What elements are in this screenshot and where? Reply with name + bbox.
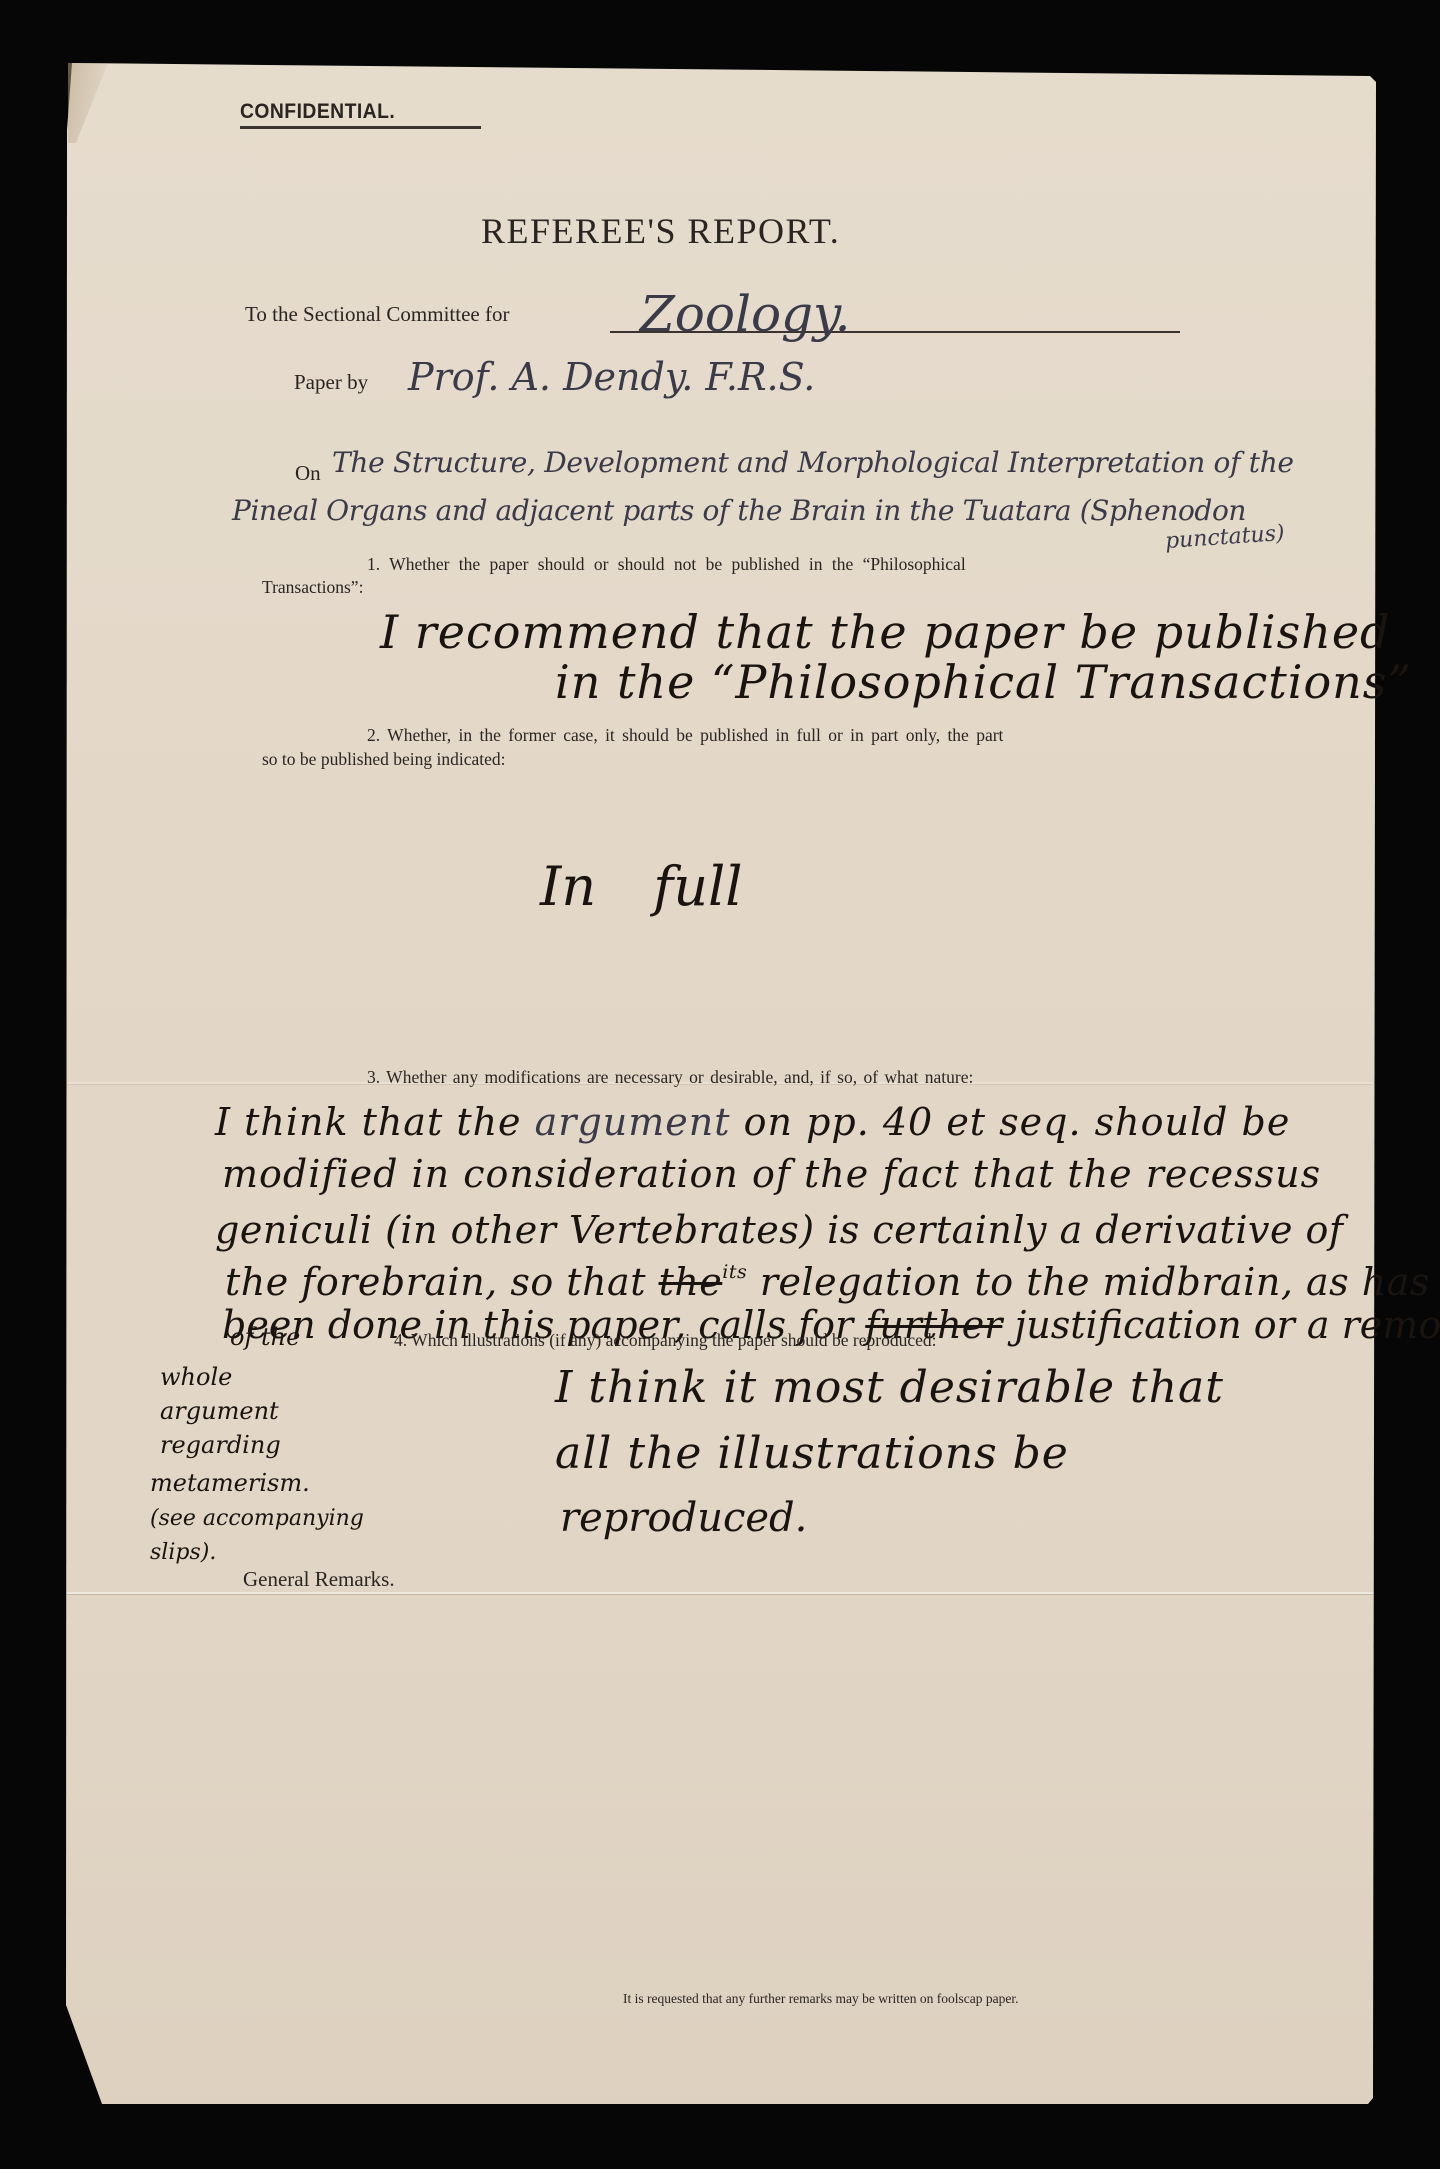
answer-3-line3[interactable]: geniculi (in other Vertebrates) is certa… <box>215 1208 1343 1252</box>
answer-3-line6[interactable]: of the <box>230 1323 300 1351</box>
margin-note-line[interactable]: whole <box>160 1363 232 1391</box>
question-1: 1. Whether the paper should or should no… <box>367 554 966 575</box>
paper-title-line2[interactable]: Pineal Organs and adjacent parts of the … <box>232 494 1246 527</box>
answer-1-line1[interactable]: I recommend that the paper be published <box>380 605 1391 659</box>
answer-2[interactable]: In full <box>540 855 743 918</box>
answer-4-line2[interactable]: all the illustrations be <box>555 1428 1069 1479</box>
general-remarks-label: General Remarks. <box>243 1567 395 1592</box>
a3-text: justification or a remodelling <box>1014 1303 1440 1347</box>
margin-note-line[interactable]: metamerism. <box>150 1469 310 1497</box>
question-4: 4. Which illustrations (if any) accompan… <box>394 1330 937 1351</box>
footer-note: It is requested that any further remarks… <box>623 1991 1019 2007</box>
answer-3-line4[interactable]: the forebrain, so that theits relegation… <box>225 1260 1430 1304</box>
a3-text: I think that the <box>215 1100 522 1144</box>
answer-3-line2[interactable]: modified in consideration of the fact th… <box>222 1152 1321 1196</box>
a3-text: the forebrain, so that <box>225 1260 646 1304</box>
a3-inserted-word: its <box>722 1261 747 1283</box>
answer-3-line1[interactable]: I think that the argument on pp. 40 et s… <box>215 1100 1290 1144</box>
question-2-cont: so to be published being indicated: <box>262 749 506 770</box>
paper-title-line1[interactable]: The Structure, Development and Morpholog… <box>332 446 1294 479</box>
a3-text: relegation to the midbrain, as has <box>760 1260 1430 1304</box>
page-title: REFEREE'S REPORT. <box>481 210 840 252</box>
fold-line <box>67 1592 1373 1594</box>
question-3: 3. Whether any modifications are necessa… <box>367 1067 973 1088</box>
answer-1-line2[interactable]: in the “Philosophical Transactions” <box>555 655 1412 709</box>
on-label: On <box>295 461 321 486</box>
a3-inserted-word: argument <box>535 1100 731 1144</box>
answer-4-line1[interactable]: I think it most desirable that <box>555 1362 1224 1413</box>
committee-value[interactable]: Zoology. <box>640 285 851 343</box>
margin-note-line[interactable]: regarding <box>160 1431 281 1459</box>
a3-text: on pp. 40 et seq. should be <box>744 1100 1291 1144</box>
question-2: 2. Whether, in the former case, it shoul… <box>367 725 1003 746</box>
confidential-label: CONFIDENTIAL. <box>240 100 395 124</box>
confidential-underline <box>240 126 481 129</box>
margin-note-line[interactable]: argument <box>160 1397 279 1425</box>
committee-label: To the Sectional Committee for <box>245 302 509 327</box>
margin-note-line[interactable]: (see accompanying <box>150 1506 364 1531</box>
paper-by-value[interactable]: Prof. A. Dendy. F.R.S. <box>408 355 815 399</box>
paper-by-label: Paper by <box>294 370 368 395</box>
a3-struck-word: the <box>659 1260 723 1304</box>
answer-4-line3[interactable]: reproduced. <box>560 1495 807 1541</box>
margin-note-line[interactable]: slips). <box>150 1540 216 1565</box>
question-1-cont: Transactions”: <box>262 577 363 598</box>
